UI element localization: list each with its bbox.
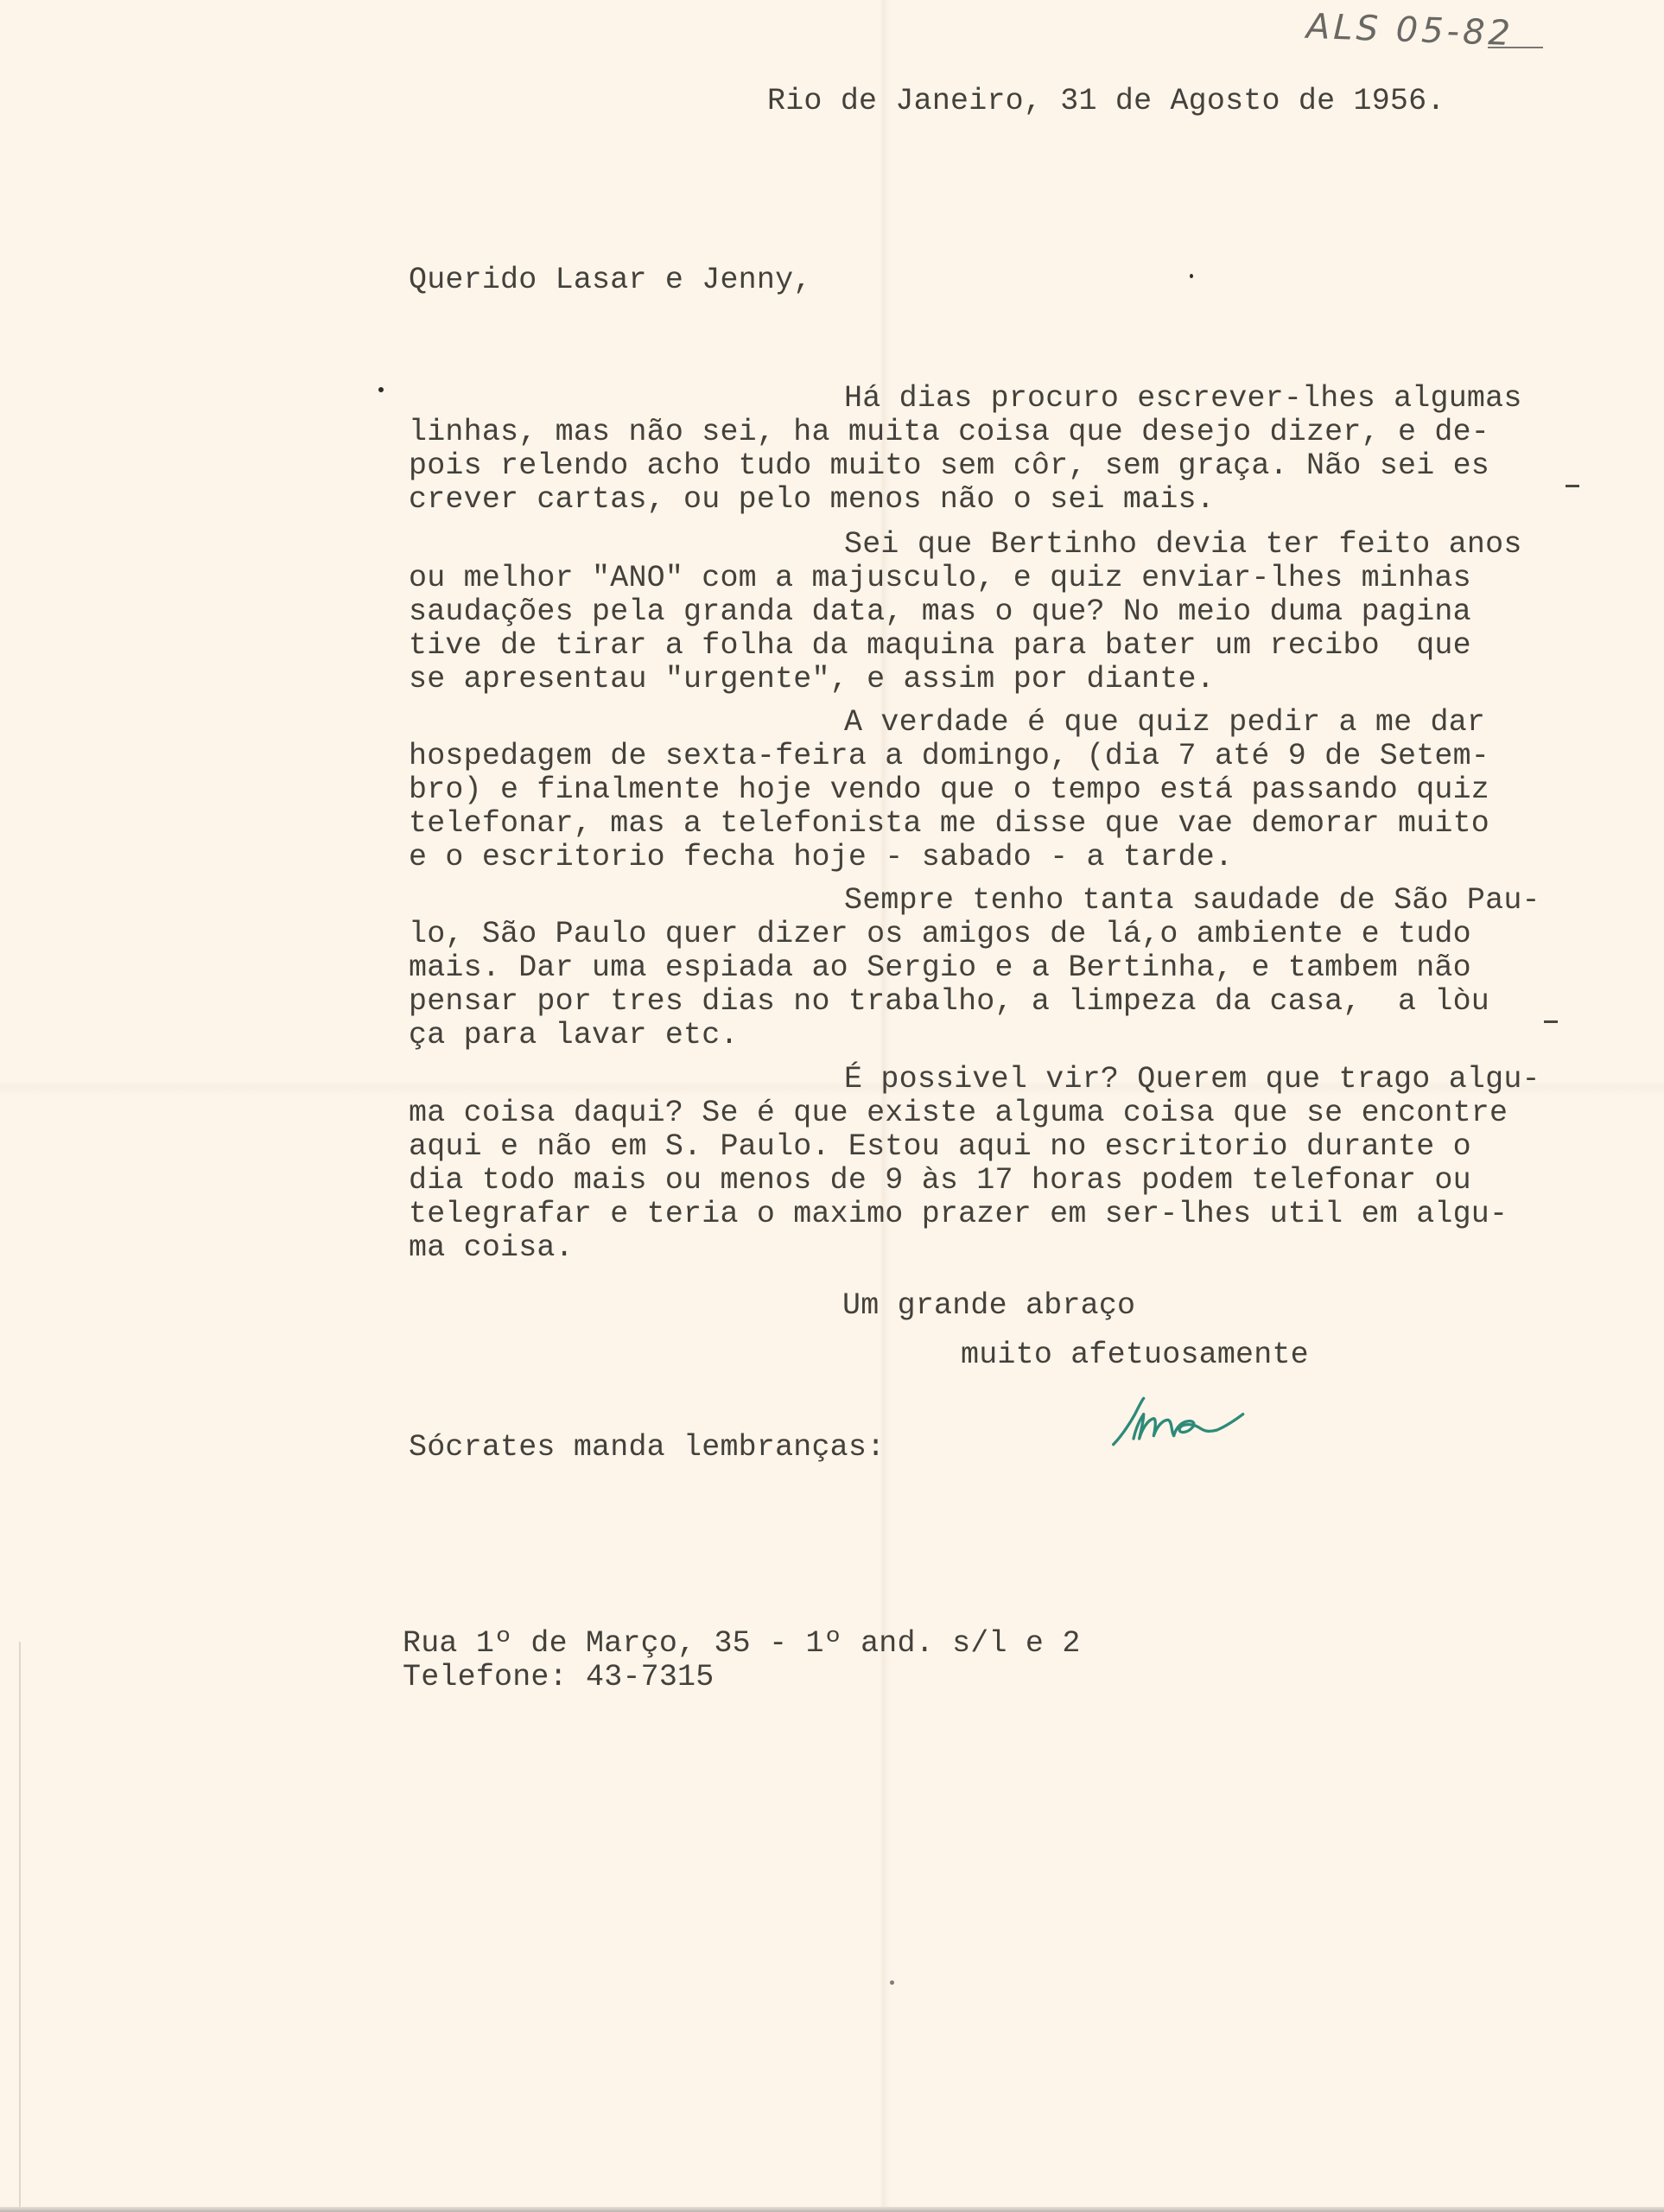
annotation-underline	[1488, 47, 1543, 48]
paragraph-line: se apresentau "urgente", e assim por dia…	[409, 663, 1215, 696]
paragraph-line: crever cartas, ou pelo menos não o sei m…	[409, 483, 1215, 517]
paragraph-line: saudações pela granda data, mas o que? N…	[409, 595, 1471, 629]
address-line-1: Rua 1º de Março, 35 - 1º and. s/l e 2	[403, 1627, 1081, 1661]
salutation: Querido Lasar e Jenny,	[409, 264, 811, 297]
paragraph-line: A verdade é que quiz pedir a me dar	[844, 706, 1485, 740]
paragraph-line: É possivel vir? Querem que trago algu-	[844, 1063, 1540, 1096]
paragraph-line: e o escritorio fecha hoje - sabado - a t…	[409, 841, 1233, 874]
closing-line-2: muito afetuosamente	[961, 1338, 1309, 1372]
ink-speck	[890, 1980, 894, 1985]
margin-ink-dot	[378, 387, 384, 392]
paragraph-line: ma coisa daqui? Se é que existe alguma c…	[409, 1096, 1508, 1130]
hyphen-mark	[1566, 485, 1579, 487]
paragraph-line: pensar por tres dias no trabalho, a limp…	[409, 985, 1489, 1019]
address-line-2: Telefone: 43-7315	[403, 1661, 714, 1694]
paragraph-line: mais. Dar uma espiada ao Sergio e a Bert…	[409, 951, 1471, 985]
paragraph-line: lo, São Paulo quer dizer os amigos de lá…	[409, 918, 1471, 951]
paragraph-line: telegrafar e teria o maximo prazer em se…	[409, 1198, 1508, 1231]
postscript: Sócrates manda lembranças:	[409, 1431, 885, 1465]
paragraph-line: hospedagem de sexta-feira a domingo, (di…	[409, 740, 1489, 773]
paragraph-line: telefonar, mas a telefonista me disse qu…	[409, 807, 1489, 841]
page-bottom-edge	[0, 2207, 1664, 2212]
paragraph-line: Há dias procuro escrever-lhes algumas	[844, 382, 1522, 416]
paragraph-line: Sei que Bertinho devia ter feito anos	[844, 528, 1522, 562]
paragraph-line: tive de tirar a folha da maquina para ba…	[409, 629, 1471, 663]
paragraph-line: Sempre tenho tanta saudade de São Pau-	[844, 884, 1540, 918]
paragraph-line: ma coisa.	[409, 1231, 574, 1265]
paragraph-line: dia todo mais ou menos de 9 às 17 horas …	[409, 1164, 1471, 1198]
handwritten-signature	[1090, 1391, 1263, 1482]
paragraph-line: pois relendo acho tudo muito sem côr, se…	[409, 449, 1489, 483]
paragraph-line: ça para lavar etc.	[409, 1019, 739, 1052]
signature-scribble-icon	[1090, 1391, 1263, 1478]
paragraph-line: ou melhor "ANO" com a majusculo, e quiz …	[409, 562, 1471, 595]
ink-speck	[1190, 274, 1193, 278]
archive-annotation: ALS 05-82	[1305, 7, 1514, 54]
closing-line-1: Um grande abraço	[842, 1289, 1135, 1323]
dateline: Rio de Janeiro, 31 de Agosto de 1956.	[767, 85, 1445, 118]
paragraph-line: aqui e não em S. Paulo. Estou aqui no es…	[409, 1130, 1471, 1164]
hyphen-mark	[1544, 1020, 1558, 1023]
paragraph-line: linhas, mas não sei, ha muita coisa que …	[409, 416, 1489, 449]
paper-fold-line	[19, 1642, 21, 2212]
paragraph-line: bro) e finalmente hoje vendo que o tempo…	[409, 773, 1489, 807]
